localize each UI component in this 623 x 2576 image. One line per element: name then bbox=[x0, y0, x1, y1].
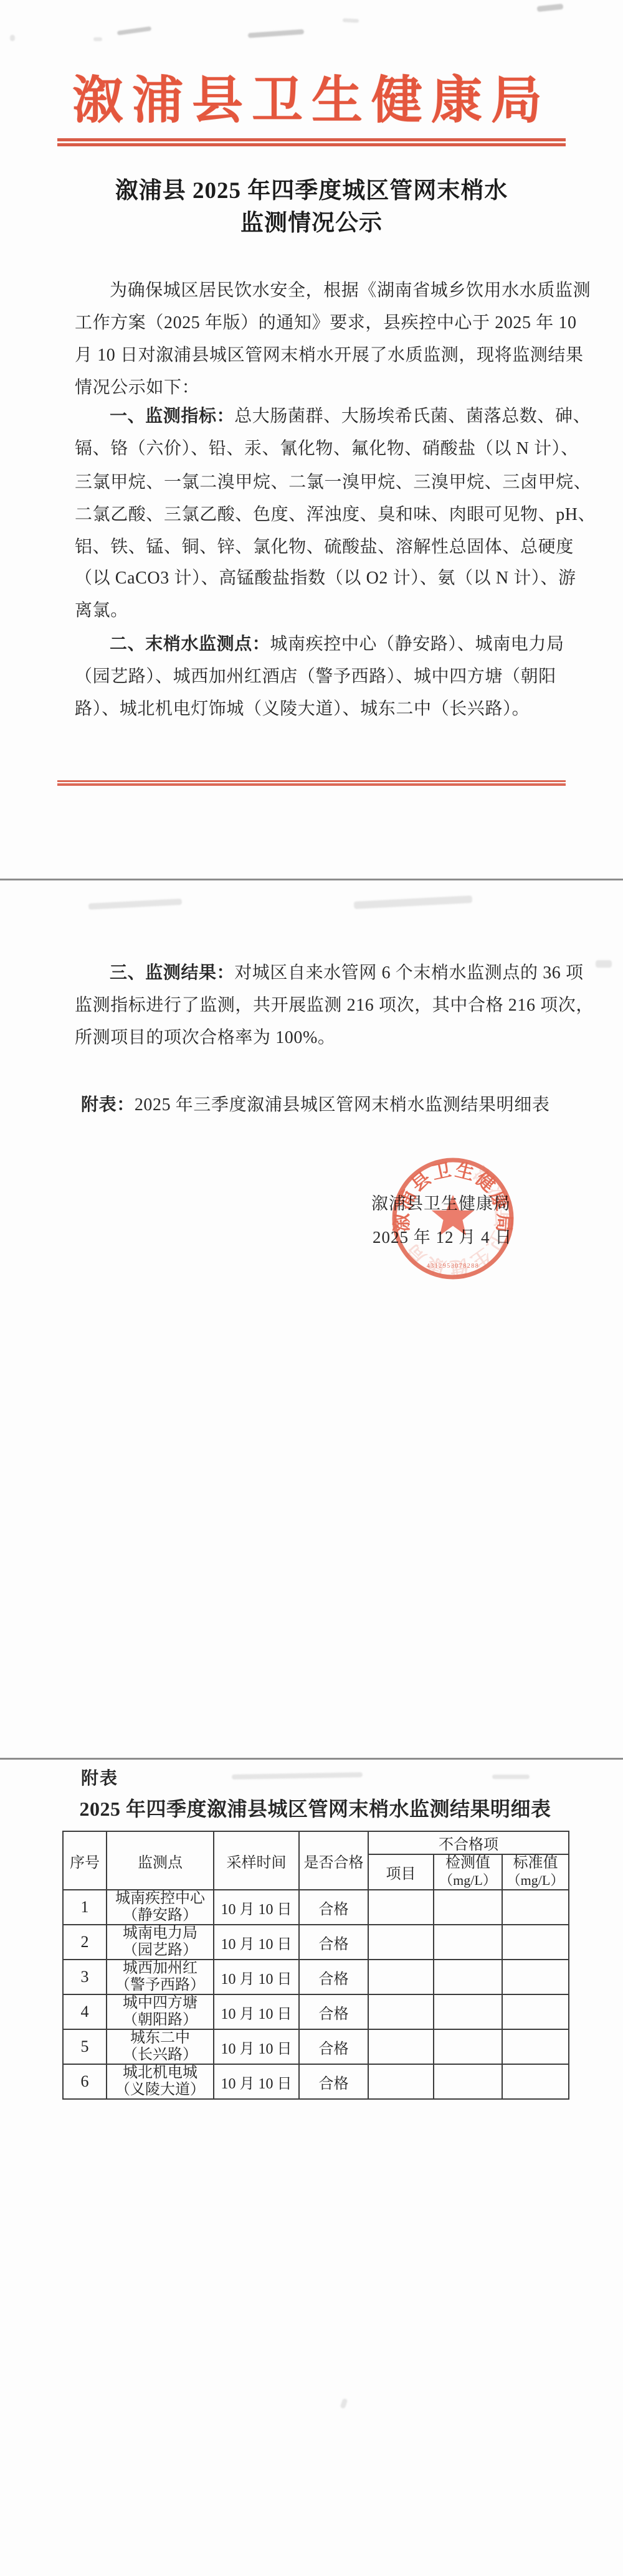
cell-result: 合格 bbox=[299, 1994, 368, 2029]
doc-title-line2: 监测情况公示 bbox=[0, 209, 623, 238]
col-header-item: 项目 bbox=[368, 1854, 434, 1890]
cell-time: 10 月 10 日 bbox=[214, 2029, 299, 2064]
section2-label: 二、末梢水监测点： bbox=[110, 635, 270, 654]
col-header-standard: 标准值（mg/L） bbox=[502, 1854, 569, 1890]
scan-smudge bbox=[117, 26, 151, 35]
section1-line: 一、监测指标：总大肠菌群、大肠埃希氏菌、菌落总数、砷、 bbox=[110, 405, 591, 428]
section3-line: 所测项目的项次合格率为 100%。 bbox=[75, 1026, 336, 1050]
cell-standard bbox=[502, 2064, 569, 2099]
page-separator bbox=[0, 879, 623, 880]
col-header-detected: 检测值（mg/L） bbox=[434, 1854, 502, 1890]
table-row: 5 城东二中（长兴路） 10 月 10 日 合格 bbox=[63, 2029, 569, 2064]
scan-smudge bbox=[596, 960, 612, 968]
intro-line: 为确保城区居民饮水安全，根据《湖南省城乡饮用水水质监测 bbox=[110, 279, 591, 303]
point-name: 城北机电城 bbox=[123, 2065, 197, 2081]
point-road: （静安路） bbox=[123, 1907, 197, 1923]
cell-seq: 1 bbox=[63, 1890, 107, 1925]
intro-line: 工作方案（2025 年版）的通知》要求，县疾控中心于 2025 年 10 bbox=[75, 311, 577, 335]
scanned-document-page: 溆浦县卫生健康局 溆浦县 2025 年四季度城区管网末梢水 监测情况公示 为确保… bbox=[0, 0, 623, 2576]
section3-label: 三、监测结果： bbox=[110, 963, 234, 983]
cell-point: 城南疾控中心（静安路） bbox=[107, 1890, 214, 1925]
cell-time: 10 月 10 日 bbox=[214, 1925, 299, 1960]
section1-line: 铝、铁、锰、铜、锌、氯化物、硫酸盐、溶解性总固体、总硬度 bbox=[75, 535, 574, 559]
scan-smudge bbox=[492, 1775, 530, 1779]
scan-smudge bbox=[10, 35, 15, 41]
scan-smudge bbox=[340, 2398, 348, 2409]
cell-point: 城南电力局（园艺路） bbox=[107, 1925, 214, 1960]
cell-detected bbox=[434, 1994, 502, 2029]
cell-result: 合格 bbox=[299, 1890, 368, 1925]
appendix-table-title: 2025 年四季度溆浦县城区管网末梢水监测结果明细表 bbox=[62, 1793, 568, 1822]
point-name: 城南疾控中心 bbox=[115, 1890, 205, 1907]
point-road: （长兴路） bbox=[123, 2047, 197, 2063]
cell-item bbox=[368, 1890, 434, 1925]
section1-label: 一、监测指标： bbox=[110, 407, 234, 426]
cell-detected bbox=[434, 1925, 502, 1960]
point-name: 城西加州红 bbox=[123, 1960, 197, 1976]
cell-result: 合格 bbox=[299, 2064, 368, 2099]
cell-detected bbox=[434, 2064, 502, 2099]
col-header-time: 采样时间 bbox=[214, 1831, 299, 1890]
section2-text: 城南疾控中心（静安路）、城南电力局 bbox=[270, 635, 564, 654]
attachment-label: 附表： bbox=[81, 1095, 135, 1115]
point-road: （朝阳路） bbox=[123, 2012, 197, 2028]
section1-line: 二氯乙酸、三氯乙酸、色度、浑浊度、臭和味、肉眼可见物、pH、 bbox=[75, 503, 596, 527]
section2-line: 路）、城北机电灯饰城（义陵大道）、城东二中（长兴路）。 bbox=[75, 697, 530, 721]
section2-line: （园艺路）、城西加州红酒店（警予西路）、城中四方塘（朝阳 bbox=[75, 665, 556, 689]
cell-item bbox=[368, 1925, 434, 1960]
section2-line: 二、末梢水监测点：城南疾控中心（静安路）、城南电力局 bbox=[110, 633, 564, 656]
doc-title-line1: 溆浦县 2025 年四季度城区管网末梢水 bbox=[0, 177, 623, 205]
table-row: 4 城中四方塘（朝阳路） 10 月 10 日 合格 bbox=[63, 1994, 569, 2029]
point-name: 城中四方塘 bbox=[123, 1995, 197, 2011]
col-header-pass: 是否合格 bbox=[299, 1831, 368, 1890]
point-road: （义陵大道） bbox=[115, 2082, 205, 2098]
cell-standard bbox=[502, 1960, 569, 1994]
cell-time: 10 月 10 日 bbox=[214, 1890, 299, 1925]
table-row: 3 城西加州红（警予西路） 10 月 10 日 合格 bbox=[63, 1960, 569, 1994]
intro-line: 情况公示如下： bbox=[75, 376, 199, 400]
section3-line: 三、监测结果：对城区自来水管网 6 个末梢水监测点的 36 项 bbox=[110, 961, 584, 985]
detected-unit: （mg/L） bbox=[439, 1872, 497, 1888]
section1-line: （以 CaCO3 计）、高锰酸盐指数（以 O2 计）、氨（以 N 计）、游 bbox=[75, 567, 576, 590]
cell-standard bbox=[502, 1994, 569, 2029]
standard-label: 标准值 bbox=[513, 1855, 558, 1871]
scan-smudge bbox=[354, 895, 472, 909]
cell-point: 城北机电城（义陵大道） bbox=[107, 2064, 214, 2099]
cell-detected bbox=[434, 2029, 502, 2064]
cell-point: 城西加州红（警予西路） bbox=[107, 1960, 214, 1994]
section1-text: 总大肠菌群、大肠埃希氏菌、菌落总数、砷、 bbox=[234, 407, 591, 426]
cell-standard bbox=[502, 2029, 569, 2064]
scan-smudge bbox=[93, 37, 102, 41]
point-name: 城东二中 bbox=[130, 2030, 190, 2046]
scan-smudge bbox=[343, 18, 359, 22]
cell-time: 10 月 10 日 bbox=[214, 1960, 299, 1994]
table-row: 1 城南疾控中心（静安路） 10 月 10 日 合格 bbox=[63, 1890, 569, 1925]
cell-time: 10 月 10 日 bbox=[214, 2064, 299, 2099]
cell-result: 合格 bbox=[299, 1925, 368, 1960]
cell-seq: 3 bbox=[63, 1960, 107, 1994]
col-header-fail-group: 不合格项 bbox=[368, 1831, 569, 1854]
cell-result: 合格 bbox=[299, 2029, 368, 2064]
scan-smudge bbox=[88, 899, 182, 910]
appendix-label: 附表 bbox=[81, 1765, 118, 1790]
section1-line: 镉、铬（六价）、铅、汞、氰化物、氟化物、硝酸盐（以 N 计）、 bbox=[75, 437, 579, 461]
cell-point: 城东二中（长兴路） bbox=[107, 2029, 214, 2064]
section1-line: 离氯。 bbox=[75, 599, 128, 623]
standard-unit: （mg/L） bbox=[507, 1872, 564, 1888]
cell-seq: 2 bbox=[63, 1925, 107, 1960]
cell-seq: 6 bbox=[63, 2064, 107, 2099]
letterhead-agency-name: 溆浦县卫生健康局 bbox=[0, 70, 623, 132]
detected-label: 检测值 bbox=[445, 1855, 490, 1871]
table-row: 2 城南电力局（园艺路） 10 月 10 日 合格 bbox=[63, 1925, 569, 1960]
cell-time: 10 月 10 日 bbox=[214, 1994, 299, 2029]
point-road: （警予西路） bbox=[115, 1977, 205, 1993]
seal-code: 4312953078288 bbox=[427, 1263, 480, 1270]
letterhead-double-rule bbox=[57, 138, 566, 146]
table-row: 6 城北机电城（义陵大道） 10 月 10 日 合格 bbox=[63, 2064, 569, 2099]
section1-line: 三氯甲烷、一氯二溴甲烷、二氯一溴甲烷、三溴甲烷、三卤甲烷、 bbox=[75, 471, 591, 494]
section3-line: 监测指标进行了监测，共开展监测 216 项次，其中合格 216 项次， bbox=[75, 994, 594, 1017]
col-header-seq: 序号 bbox=[63, 1831, 107, 1890]
cell-item bbox=[368, 2064, 434, 2099]
section3-text: 对城区自来水管网 6 个末梢水监测点的 36 项 bbox=[234, 963, 583, 983]
cell-item bbox=[368, 1994, 434, 2029]
cell-detected bbox=[434, 1960, 502, 1994]
monitoring-results-table: 序号 监测点 采样时间 是否合格 不合格项 项目 检测值（mg/L） 标准值（m… bbox=[62, 1831, 569, 2100]
page-separator bbox=[0, 1758, 623, 1760]
cell-standard bbox=[502, 1890, 569, 1925]
point-road: （园艺路） bbox=[123, 1942, 197, 1958]
scan-smudge bbox=[248, 29, 304, 38]
scan-smudge bbox=[537, 4, 564, 12]
point-name: 城南电力局 bbox=[123, 1925, 197, 1941]
seal-star-icon bbox=[432, 1195, 474, 1235]
page1-footer-rule bbox=[57, 780, 566, 786]
scan-smudge bbox=[232, 1772, 363, 1780]
official-seal: 溆浦县卫生健康局 溆浦县卫生健康局 4312953078288 bbox=[388, 1153, 518, 1284]
cell-seq: 5 bbox=[63, 2029, 107, 2064]
cell-item bbox=[368, 1960, 434, 1994]
attachment-text: 2025 年三季度溆浦县城区管网末梢水监测结果明细表 bbox=[135, 1095, 550, 1115]
cell-detected bbox=[434, 1890, 502, 1925]
attachment-note: 附表：2025 年三季度溆浦县城区管网末梢水监测结果明细表 bbox=[81, 1093, 549, 1117]
cell-item bbox=[368, 2029, 434, 2064]
cell-point: 城中四方塘（朝阳路） bbox=[107, 1994, 214, 2029]
cell-standard bbox=[502, 1925, 569, 1960]
cell-seq: 4 bbox=[63, 1994, 107, 2029]
intro-line: 月 10 日对溆浦县城区管网末梢水开展了水质监测，现将监测结果 bbox=[75, 344, 584, 367]
col-header-point: 监测点 bbox=[107, 1831, 214, 1890]
cell-result: 合格 bbox=[299, 1960, 368, 1994]
